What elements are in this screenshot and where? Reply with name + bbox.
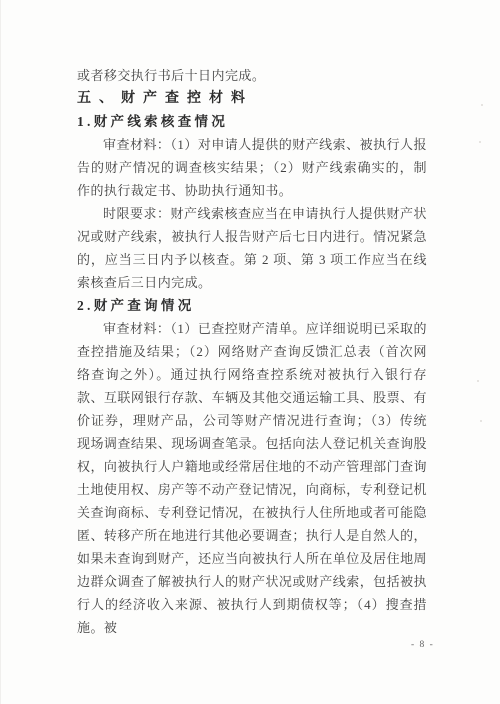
subsection-2-title: 2.财产查询情况 [77,294,427,317]
document-page: 或者移交执行书后十日内完成。 五、财产查控材料 1.财产线索核查情况 审查材料：… [0,0,500,704]
scan-speck [481,104,483,106]
subsection-1-title: 1.财产线索核查情况 [77,110,427,133]
subsection-1-paragraph-2: 时限要求：财产线索核查应当在申请执行人提供财产状况或财产线索，被执行人报告财产后… [77,202,427,294]
section-heading: 五、财产查控材料 [77,87,427,110]
subsection-1-paragraph-1: 审查材料：（1）对申请人提供的财产线索、被执行人报告的财产情况的调查核实结果；（… [77,133,427,202]
page-number: - 8 - [411,640,434,650]
page-edge-line [0,0,1,704]
text-column: 或者移交执行书后十日内完成。 五、财产查控材料 1.财产线索核查情况 审查材料：… [77,64,427,639]
scan-speck [477,380,479,382]
subsection-2-paragraph-1: 审查材料：（1）已查控财产清单。应详细说明已采取的查控措施及结果；（2）网络财产… [77,317,427,639]
carryover-paragraph: 或者移交执行书后十日内完成。 [77,64,427,87]
scan-speck [479,141,481,143]
scan-speck [480,420,482,422]
